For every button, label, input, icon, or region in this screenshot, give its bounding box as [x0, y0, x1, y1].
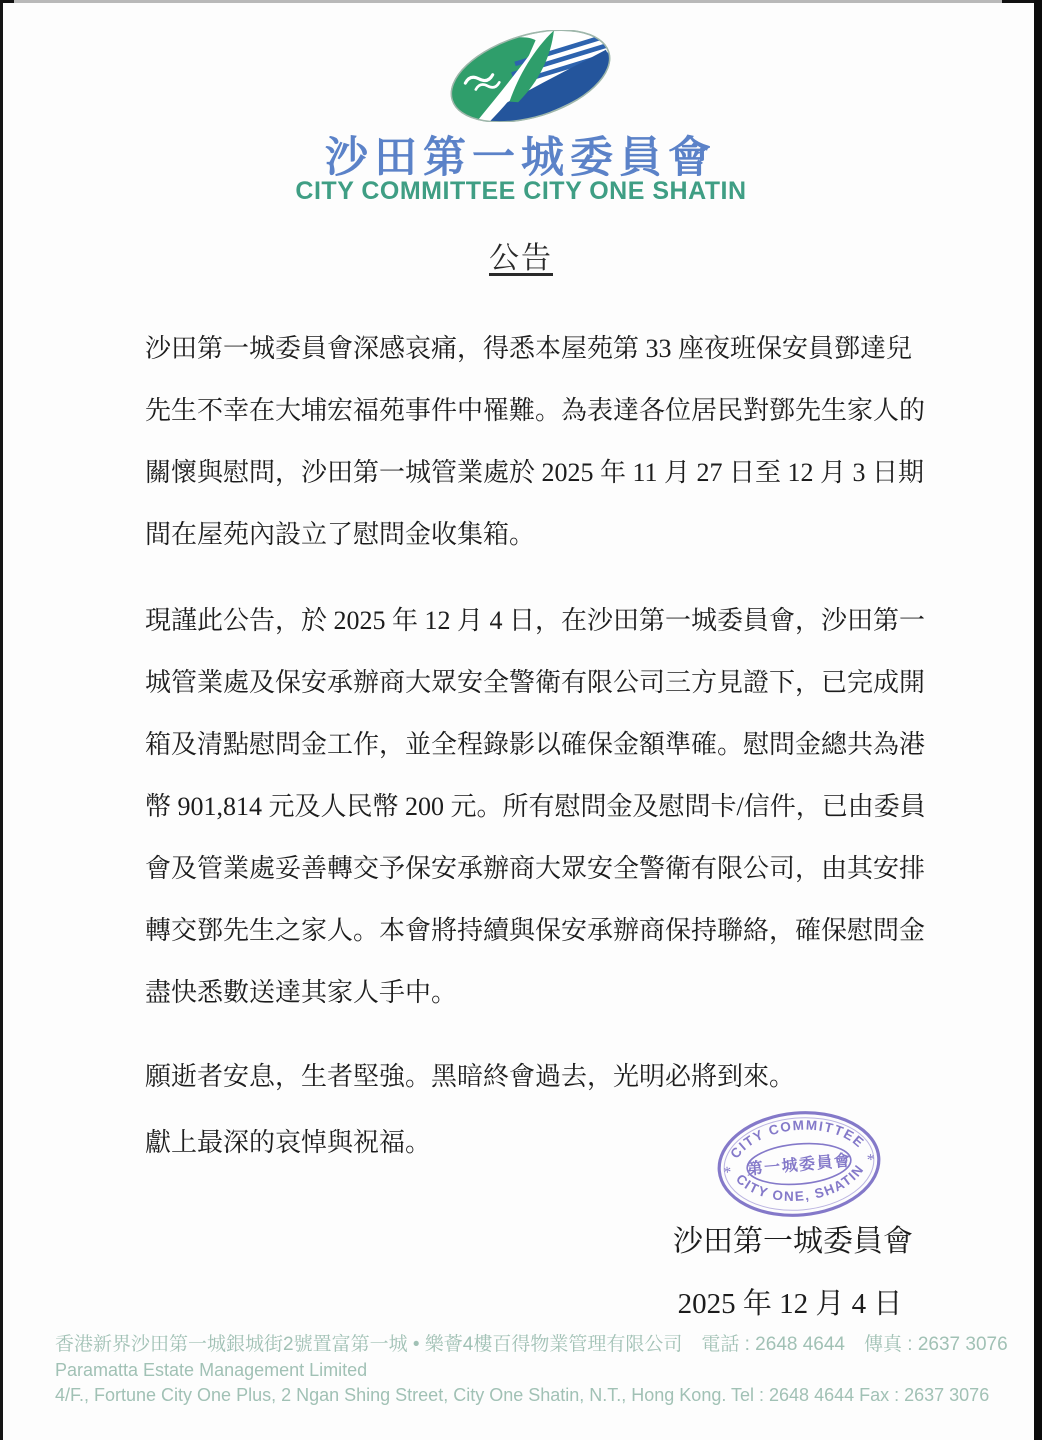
footer-address-chinese: 香港新界沙田第一城銀城街2號置富第一城 • 樂薈4樓百得物業管理有限公司 電話 … [55, 1332, 1015, 1358]
footer-company-english: Paramatta Estate Management Limited [55, 1358, 1015, 1383]
paragraph-3: 願逝者安息，生者堅強。黑暗終會過去，光明必將到來。 [145, 1046, 925, 1108]
body-line: 幣 901,814 元及人民幣 200 元。所有慰問金及慰問卡/信件，已由委員 [145, 776, 925, 838]
notice-date: 2025 年 12 月 4 日 [655, 1282, 925, 1326]
body-line: 先生不幸在大埔宏福苑事件中罹難。為表達各位居民對鄧先生家人的 [145, 380, 925, 442]
body-line: 城管業處及保安承辦商大眾安全警衛有限公司三方見證下，已完成開 [145, 652, 925, 714]
body-line: 沙田第一城委員會深感哀痛，得悉本屋苑第 33 座夜班保安員鄧達兒 [145, 318, 925, 380]
page-title-english: CITY COMMITTEE CITY ONE SHATIN [0, 177, 1042, 206]
body-line: 盡快悉數送達其家人手中。 [145, 962, 925, 1024]
body-line: 會及管業處妥善轉交予保安承辦商大眾安全警衛有限公司，由其安排 [145, 838, 925, 900]
scan-edge-top [0, 0, 1042, 3]
body-line: 關懷與慰問，沙田第一城管業處於 2025 年 11 月 27 日至 12 月 3… [145, 442, 925, 504]
committee-logo-icon [443, 30, 618, 122]
stamp-side-mark-right: * [866, 1151, 875, 1169]
notice-title: 公告 [0, 233, 1042, 277]
body-line: 願逝者安息，生者堅強。黑暗終會過去，光明必將到來。 [145, 1046, 925, 1108]
signature-committee-name: 沙田第一城委員會 [658, 1220, 928, 1264]
committee-stamp: CITY COMMITTEE CITY ONE, SHATIN 第一城委員會 *… [708, 1101, 889, 1228]
body-line: 轉交鄧先生之家人。本會將持續與保安承辦商保持聯絡，確保慰問金 [145, 900, 925, 962]
paragraph-1: 沙田第一城委員會深感哀痛，得悉本屋苑第 33 座夜班保安員鄧達兒 先生不幸在大埔… [145, 318, 925, 566]
body-line: 箱及清點慰問金工作，並全程錄影以確保金額準確。慰問金總共為港 [145, 714, 925, 776]
notice-document-page: 沙田第一城委員會 CITY COMMITTEE CITY ONE SHATIN … [0, 0, 1042, 1440]
body-line: 現謹此公告，於 2025 年 12 月 4 日，在沙田第一城委員會，沙田第一 [145, 590, 925, 652]
letterhead-footer: 香港新界沙田第一城銀城街2號置富第一城 • 樂薈4樓百得物業管理有限公司 電話 … [55, 1332, 1015, 1408]
page-title-chinese: 沙田第一城委員會 [0, 124, 1042, 185]
scan-edge-left [0, 0, 3, 1440]
stamp-side-mark-left: * [723, 1164, 732, 1182]
paragraph-2: 現謹此公告，於 2025 年 12 月 4 日，在沙田第一城委員會，沙田第一 城… [145, 590, 925, 1024]
footer-address-english: 4/F., Fortune City One Plus, 2 Ngan Shin… [55, 1383, 1015, 1408]
body-line: 間在屋苑內設立了慰問金收集箱。 [145, 504, 925, 566]
scan-edge-right [1034, 0, 1042, 1440]
